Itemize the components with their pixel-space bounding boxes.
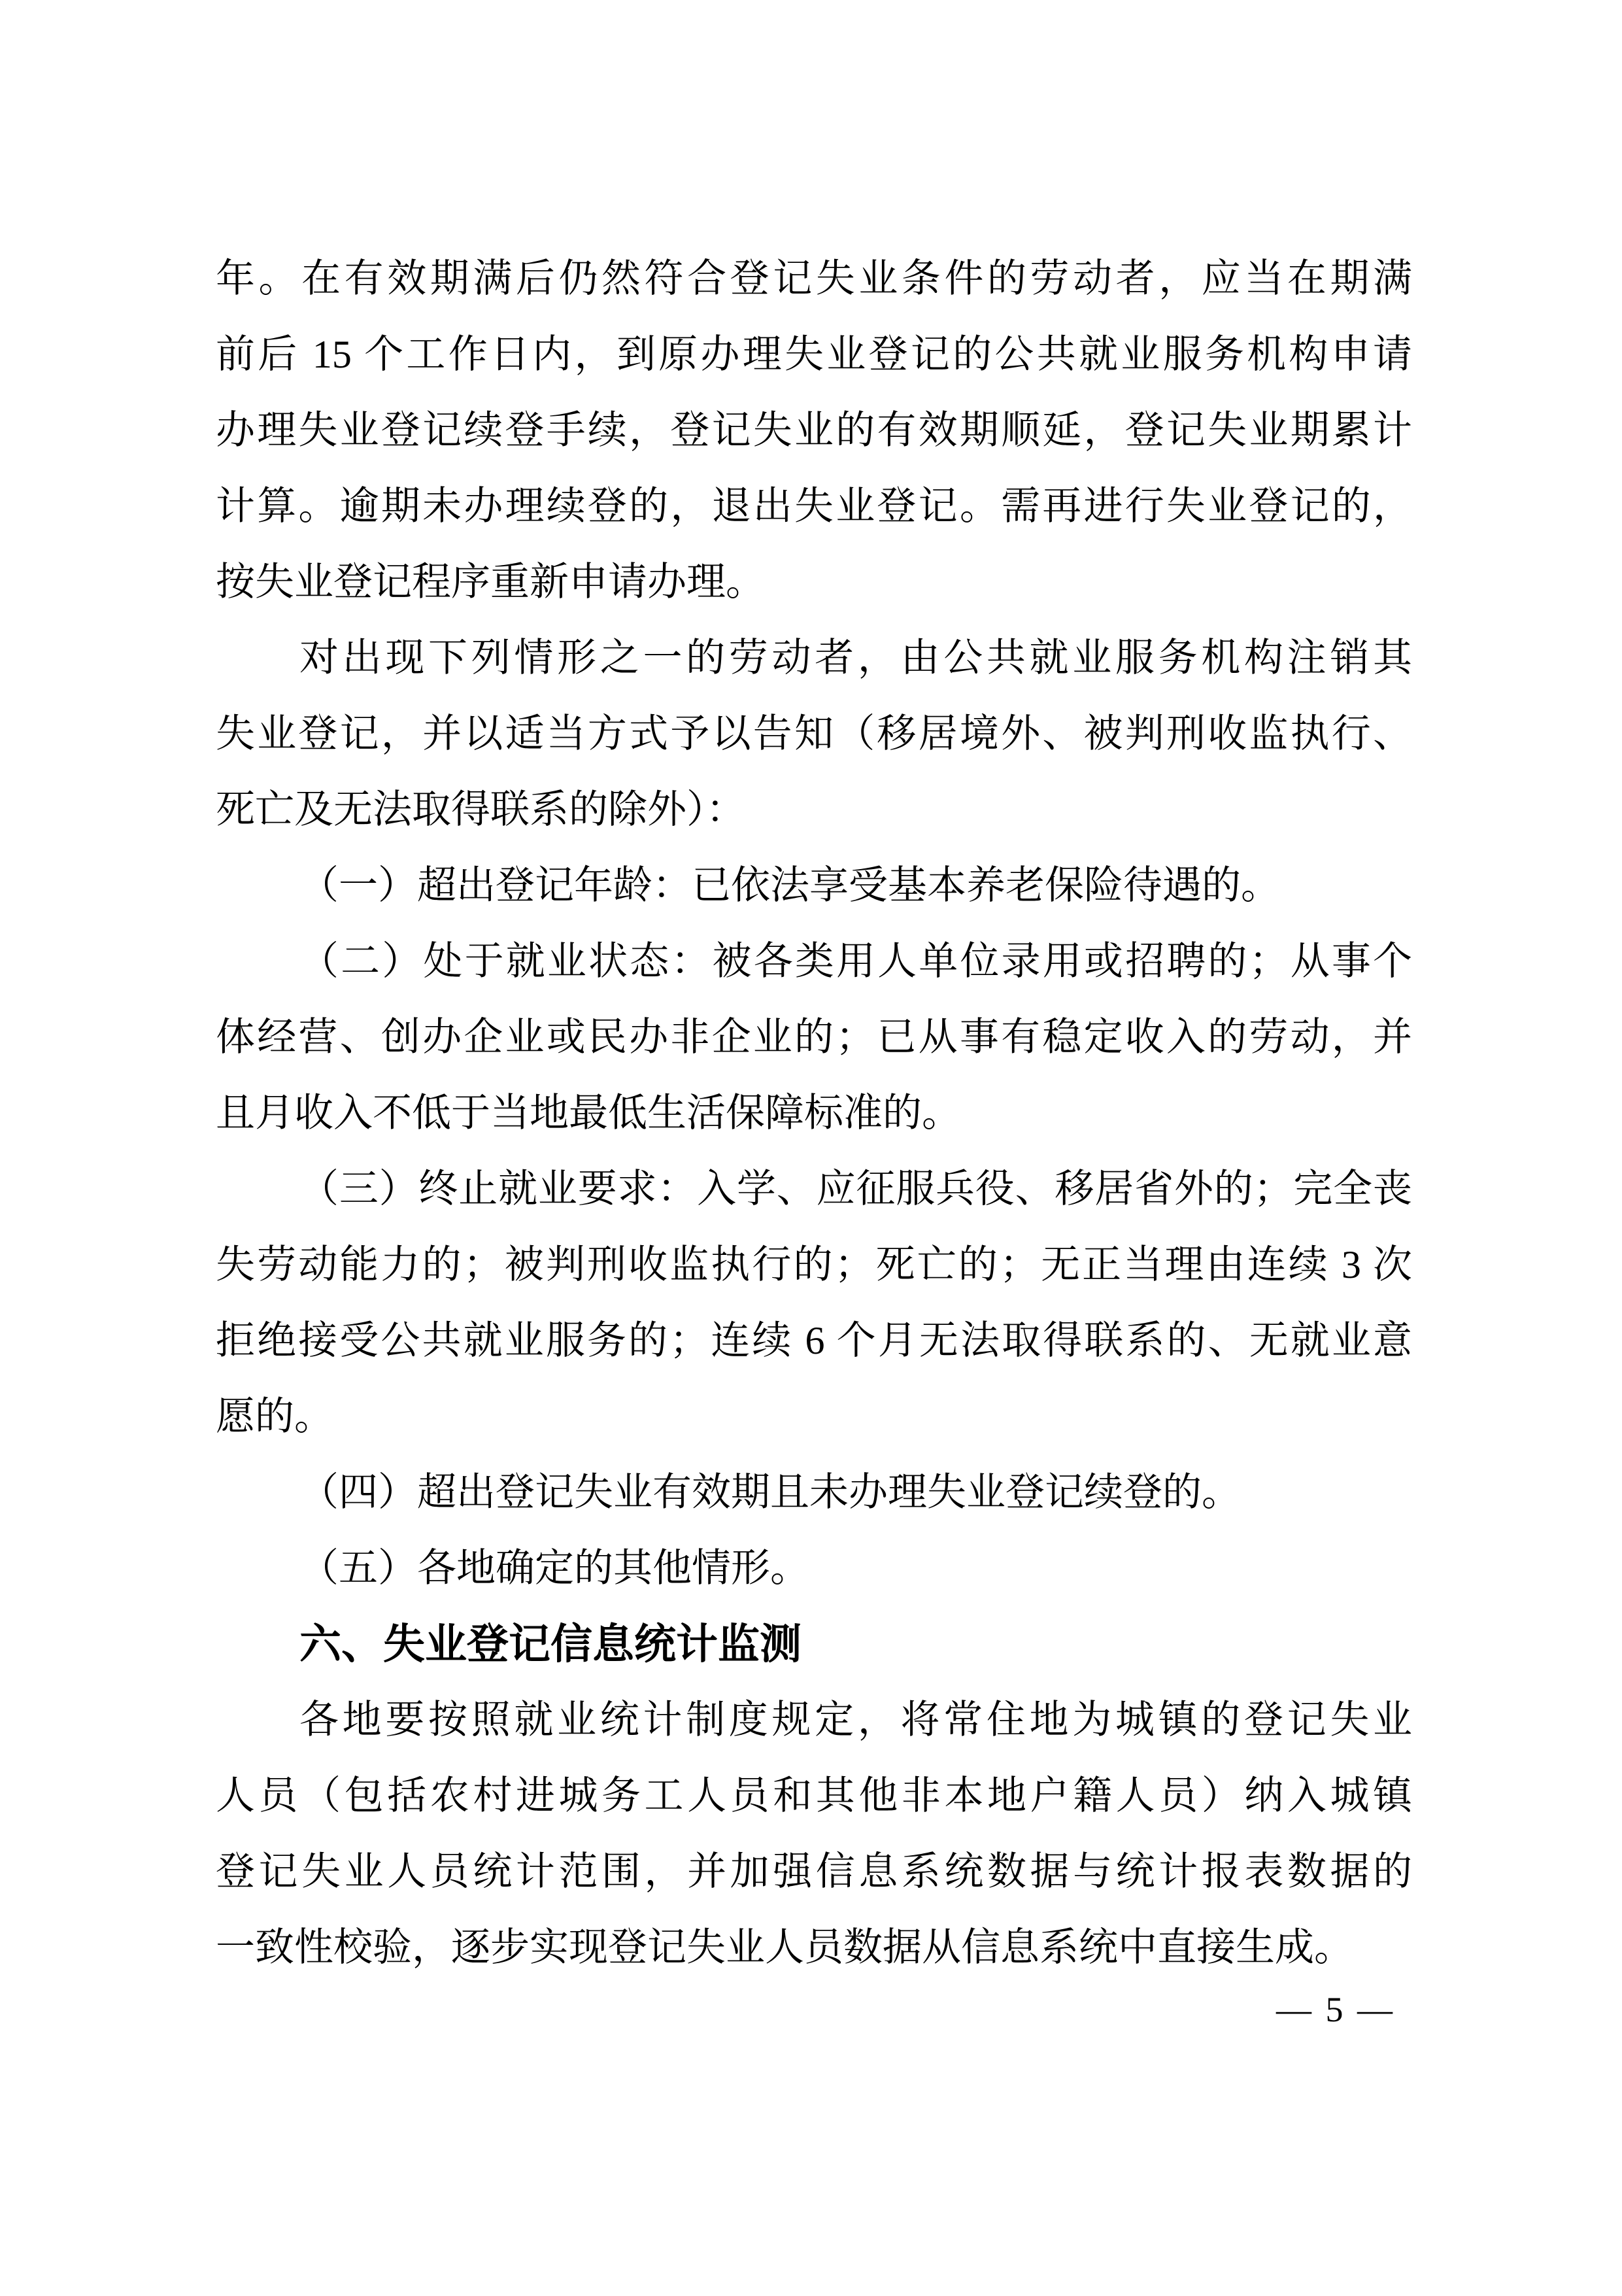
text-line: 失劳动能力的；被判刑收监执行的；死亡的；无正当理由连续 3 次 xyxy=(216,1227,1412,1303)
page-number: — 5 — xyxy=(1221,1988,1450,2031)
text-line: 且月收入不低于当地最低生活保障标准的。 xyxy=(216,1075,1412,1151)
text-line: （一）超出登记年龄：已依法享受基本养老保险待遇的。 xyxy=(216,848,1412,923)
text-line: 年。在有效期满后仍然符合登记失业条件的劳动者，应当在期满 xyxy=(216,241,1412,317)
document-page: 年。在有效期满后仍然符合登记失业条件的劳动者，应当在期满前后 15 个工作日内，… xyxy=(0,0,1622,2296)
text-line: 体经营、创办企业或民办非企业的；已从事有稳定收入的劳动，并 xyxy=(216,999,1412,1075)
text-line: 办理失业登记续登手续，登记失业的有效期顺延，登记失业期累计 xyxy=(216,392,1412,468)
text-line: 死亡及无法取得联系的除外）： xyxy=(216,772,1412,848)
text-line: 失业登记，并以适当方式予以告知（移居境外、被判刑收监执行、 xyxy=(216,696,1412,772)
document-body: 年。在有效期满后仍然符合登记失业条件的劳动者，应当在期满前后 15 个工作日内，… xyxy=(216,241,1412,1985)
text-line: （三）终止就业要求：入学、应征服兵役、移居省外的；完全丧 xyxy=(216,1151,1412,1227)
text-line: （四）超出登记失业有效期且未办理失业登记续登的。 xyxy=(216,1454,1412,1530)
text-line: 人员（包括农村进城务工人员和其他非本地户籍人员）纳入城镇 xyxy=(216,1758,1412,1834)
text-line: 各地要按照就业统计制度规定，将常住地为城镇的登记失业 xyxy=(216,1682,1412,1758)
text-line: 对出现下列情形之一的劳动者，由公共就业服务机构注销其 xyxy=(216,620,1412,696)
text-line: 愿的。 xyxy=(216,1379,1412,1454)
text-line: （五）各地确定的其他情形。 xyxy=(216,1530,1412,1606)
text-line: 按失业登记程序重新申请办理。 xyxy=(216,544,1412,620)
text-line: 登记失业人员统计范围，并加强信息系统数据与统计报表数据的 xyxy=(216,1834,1412,1910)
text-line: 计算。逾期未办理续登的，退出失业登记。需再进行失业登记的， xyxy=(216,468,1412,544)
text-line: 一致性校验，逐步实现登记失业人员数据从信息系统中直接生成。 xyxy=(216,1910,1412,1985)
text-line: 前后 15 个工作日内，到原办理失业登记的公共就业服务机构申请 xyxy=(216,317,1412,392)
text-line: （二）处于就业状态：被各类用人单位录用或招聘的；从事个 xyxy=(216,923,1412,999)
text-line: 拒绝接受公共就业服务的；连续 6 个月无法取得联系的、无就业意 xyxy=(216,1303,1412,1379)
section-heading: 六、失业登记信息统计监测 xyxy=(216,1606,1412,1682)
